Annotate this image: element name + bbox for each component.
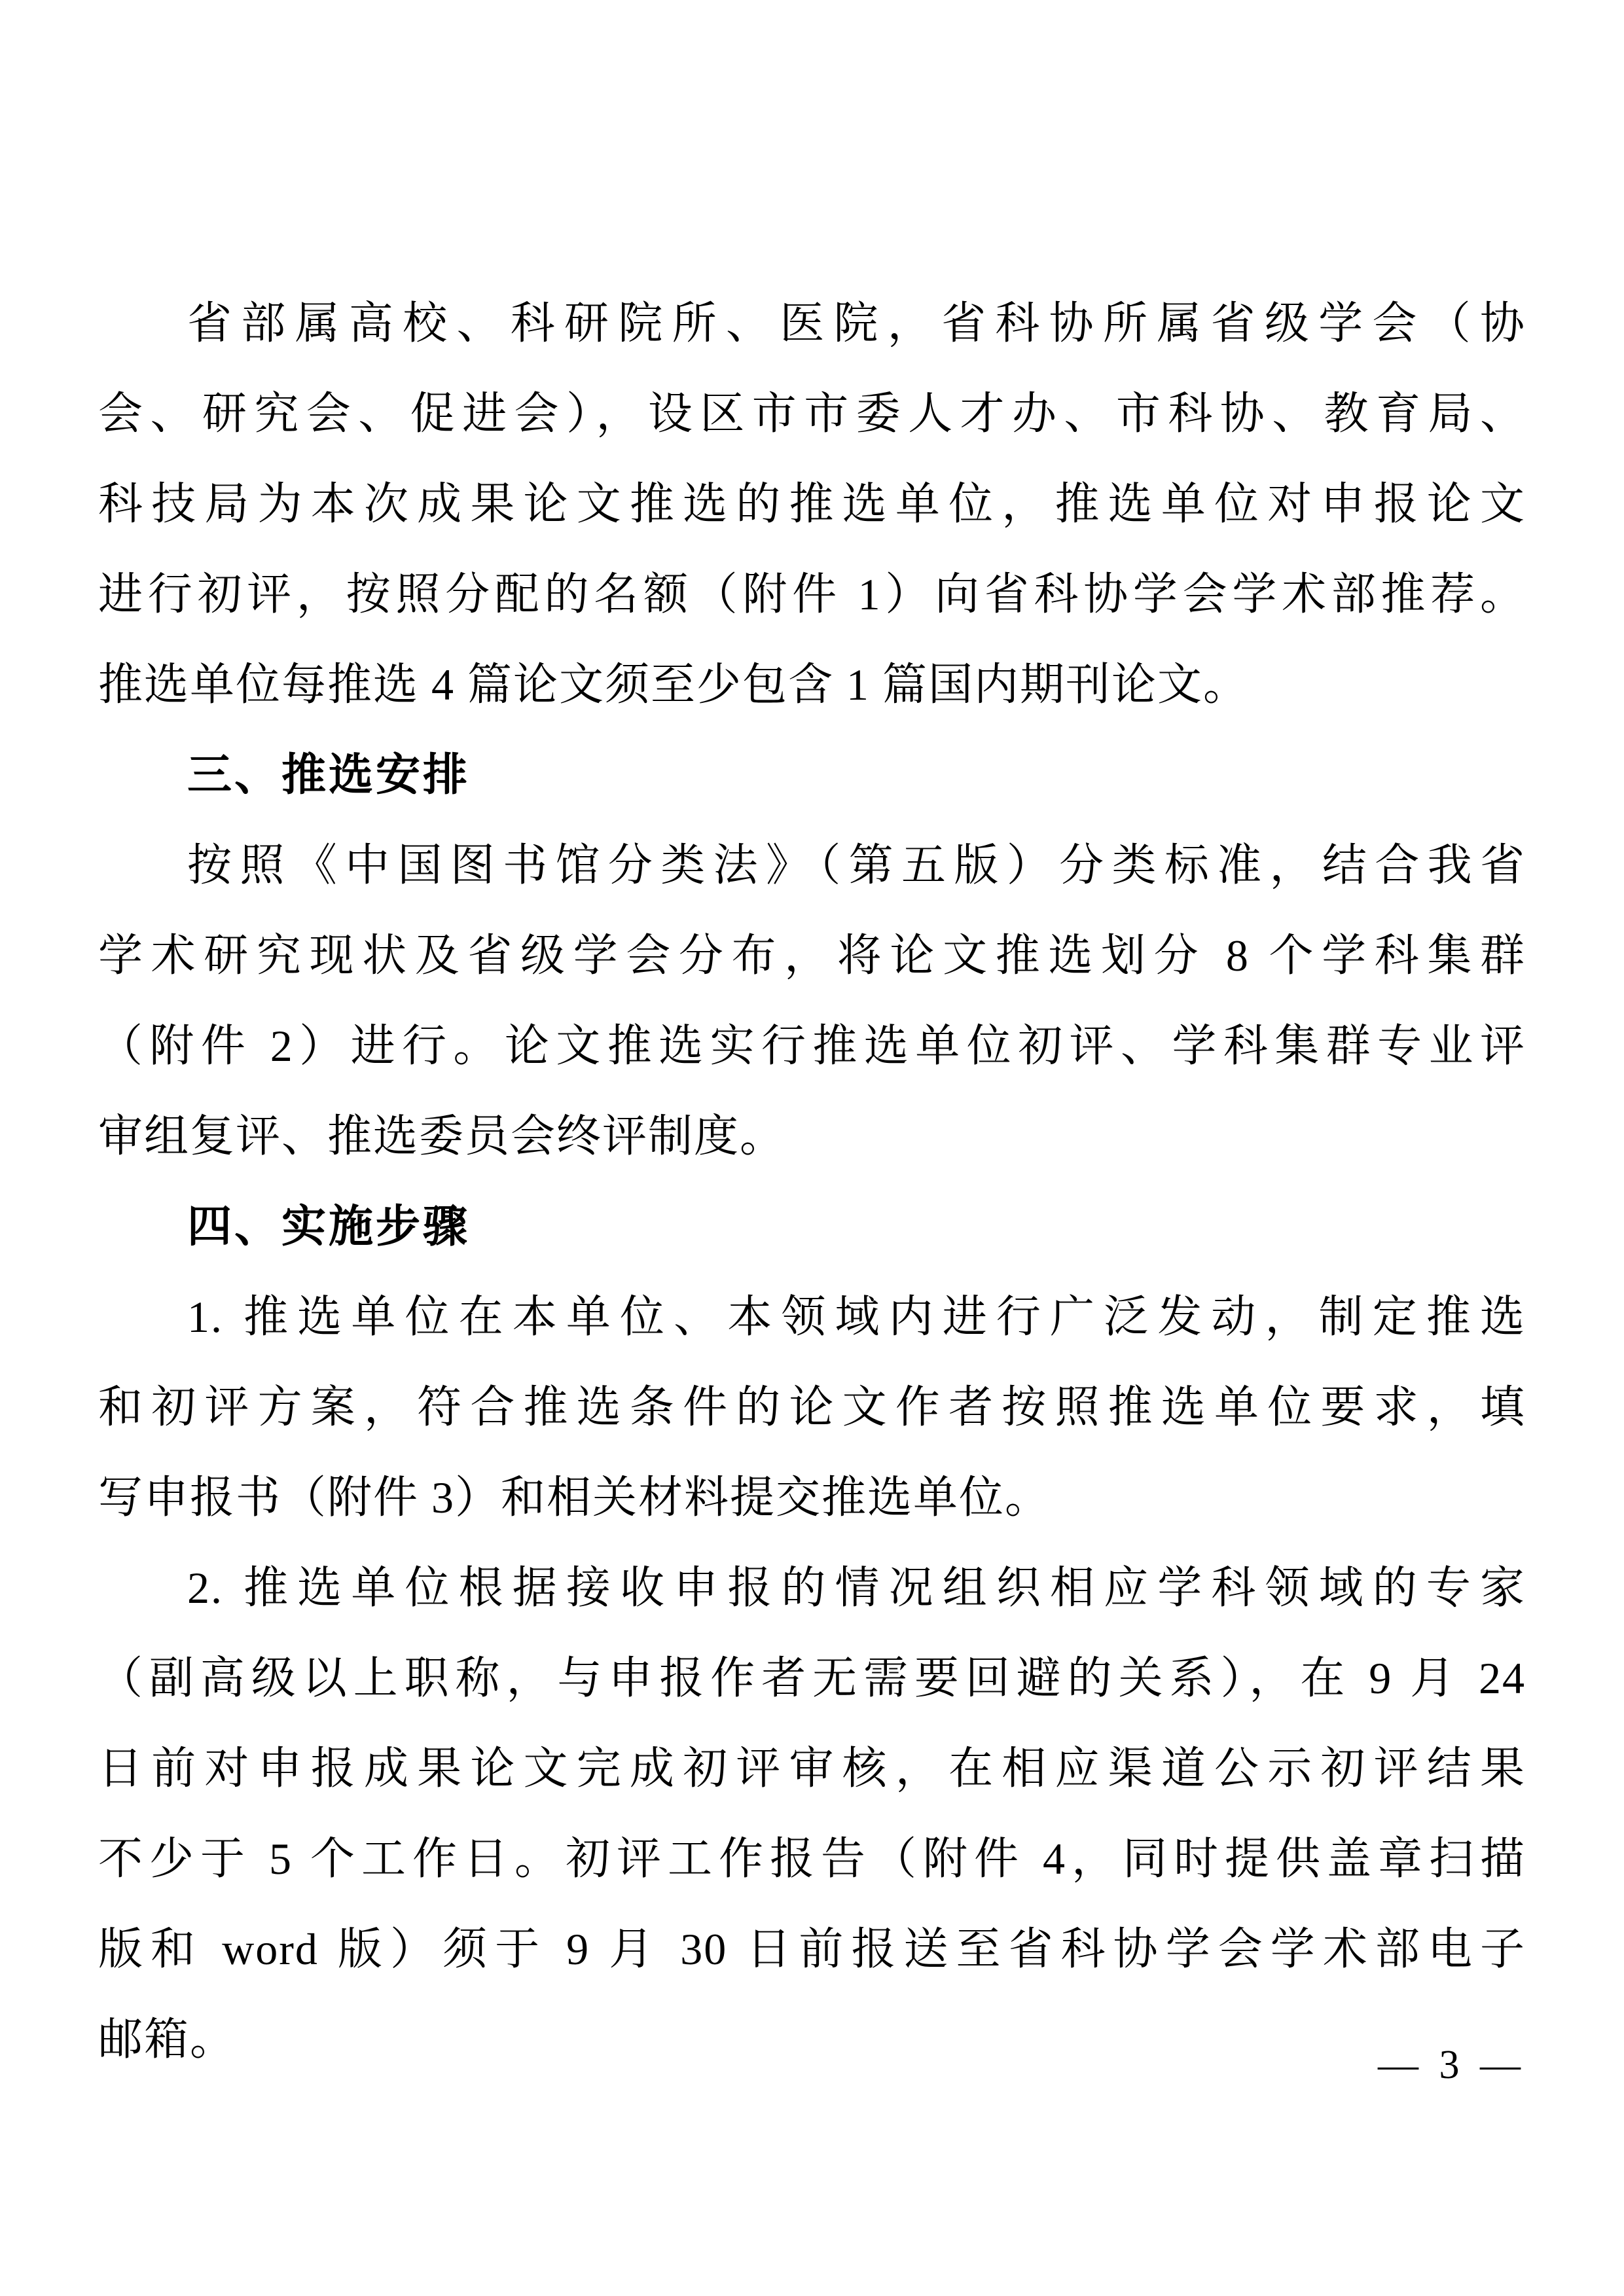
paragraph-line: 1. 推选单位在本单位、本领域内进行广泛发动，制定推选 (98, 1272, 1526, 1362)
paragraph-line: 进行初评，按照分配的名额（附件 1）向省科协学会学术部推荐。 (98, 549, 1526, 639)
paragraph-line: 学术研究现状及省级学会分布，将论文推选划分 8 个学科集群 (98, 910, 1526, 1001)
paragraph-line: （附件 2）进行。论文推选实行推选单位初评、学科集群专业评 (98, 1001, 1526, 1091)
paragraph-line: （副高级以上职称，与申报作者无需要回避的关系），在 9 月 24 (98, 1633, 1526, 1723)
paragraph-line: 邮箱。 (98, 1994, 1526, 2085)
document-page: 省部属高校、科研院所、医院，省科协所属省级学会（协 会、研究会、促进会），设区市… (0, 0, 1624, 2296)
heading-line: 三、推选安排 (98, 730, 1526, 820)
paragraph-line: 科技局为本次成果论文推选的推选单位，推选单位对申报论文 (98, 459, 1526, 549)
document-body: 省部属高校、科研院所、医院，省科协所属省级学会（协 会、研究会、促进会），设区市… (98, 278, 1526, 2085)
paragraph-line: 写申报书（附件 3）和相关材料提交推选单位。 (98, 1452, 1526, 1543)
paragraph-line: 版和 word 版）须于 9 月 30 日前报送至省科协学会学术部电子 (98, 1904, 1526, 1994)
section-heading-implementation-steps: 四、实施步骤 (98, 1181, 1526, 1272)
paragraph-line: 2. 推选单位根据接收申报的情况组织相应学科领域的专家 (98, 1543, 1526, 1633)
paragraph-line: 按照《中国图书馆分类法》（第五版）分类标准，结合我省 (98, 820, 1526, 910)
paragraph-step-2: 2. 推选单位根据接收申报的情况组织相应学科领域的专家 （副高级以上职称，与申报… (98, 1543, 1526, 2085)
paragraph-line: 和初评方案，符合推选条件的论文作者按照推选单位要求，填 (98, 1362, 1526, 1452)
paragraph-line: 会、研究会、促进会），设区市市委人才办、市科协、教育局、 (98, 368, 1526, 459)
paragraph-line: 日前对申报成果论文完成初评审核，在相应渠道公示初评结果 (98, 1723, 1526, 1814)
paragraph-step-1: 1. 推选单位在本单位、本领域内进行广泛发动，制定推选 和初评方案，符合推选条件… (98, 1272, 1526, 1543)
section-heading-selection-arrangement: 三、推选安排 (98, 730, 1526, 820)
page-number: — 3 — (1378, 2032, 1526, 2098)
heading-line: 四、实施步骤 (98, 1181, 1526, 1272)
paragraph-line: 不少于 5 个工作日。初评工作报告（附件 4，同时提供盖章扫描 (98, 1814, 1526, 1904)
paragraph-line: 推选单位每推选 4 篇论文须至少包含 1 篇国内期刊论文。 (98, 639, 1526, 730)
paragraph-line: 审组复评、推选委员会终评制度。 (98, 1091, 1526, 1181)
paragraph-line: 省部属高校、科研院所、医院，省科协所属省级学会（协 (98, 278, 1526, 368)
paragraph-classification-standard: 按照《中国图书馆分类法》（第五版）分类标准，结合我省 学术研究现状及省级学会分布… (98, 820, 1526, 1181)
paragraph-recommending-units: 省部属高校、科研院所、医院，省科协所属省级学会（协 会、研究会、促进会），设区市… (98, 278, 1526, 730)
